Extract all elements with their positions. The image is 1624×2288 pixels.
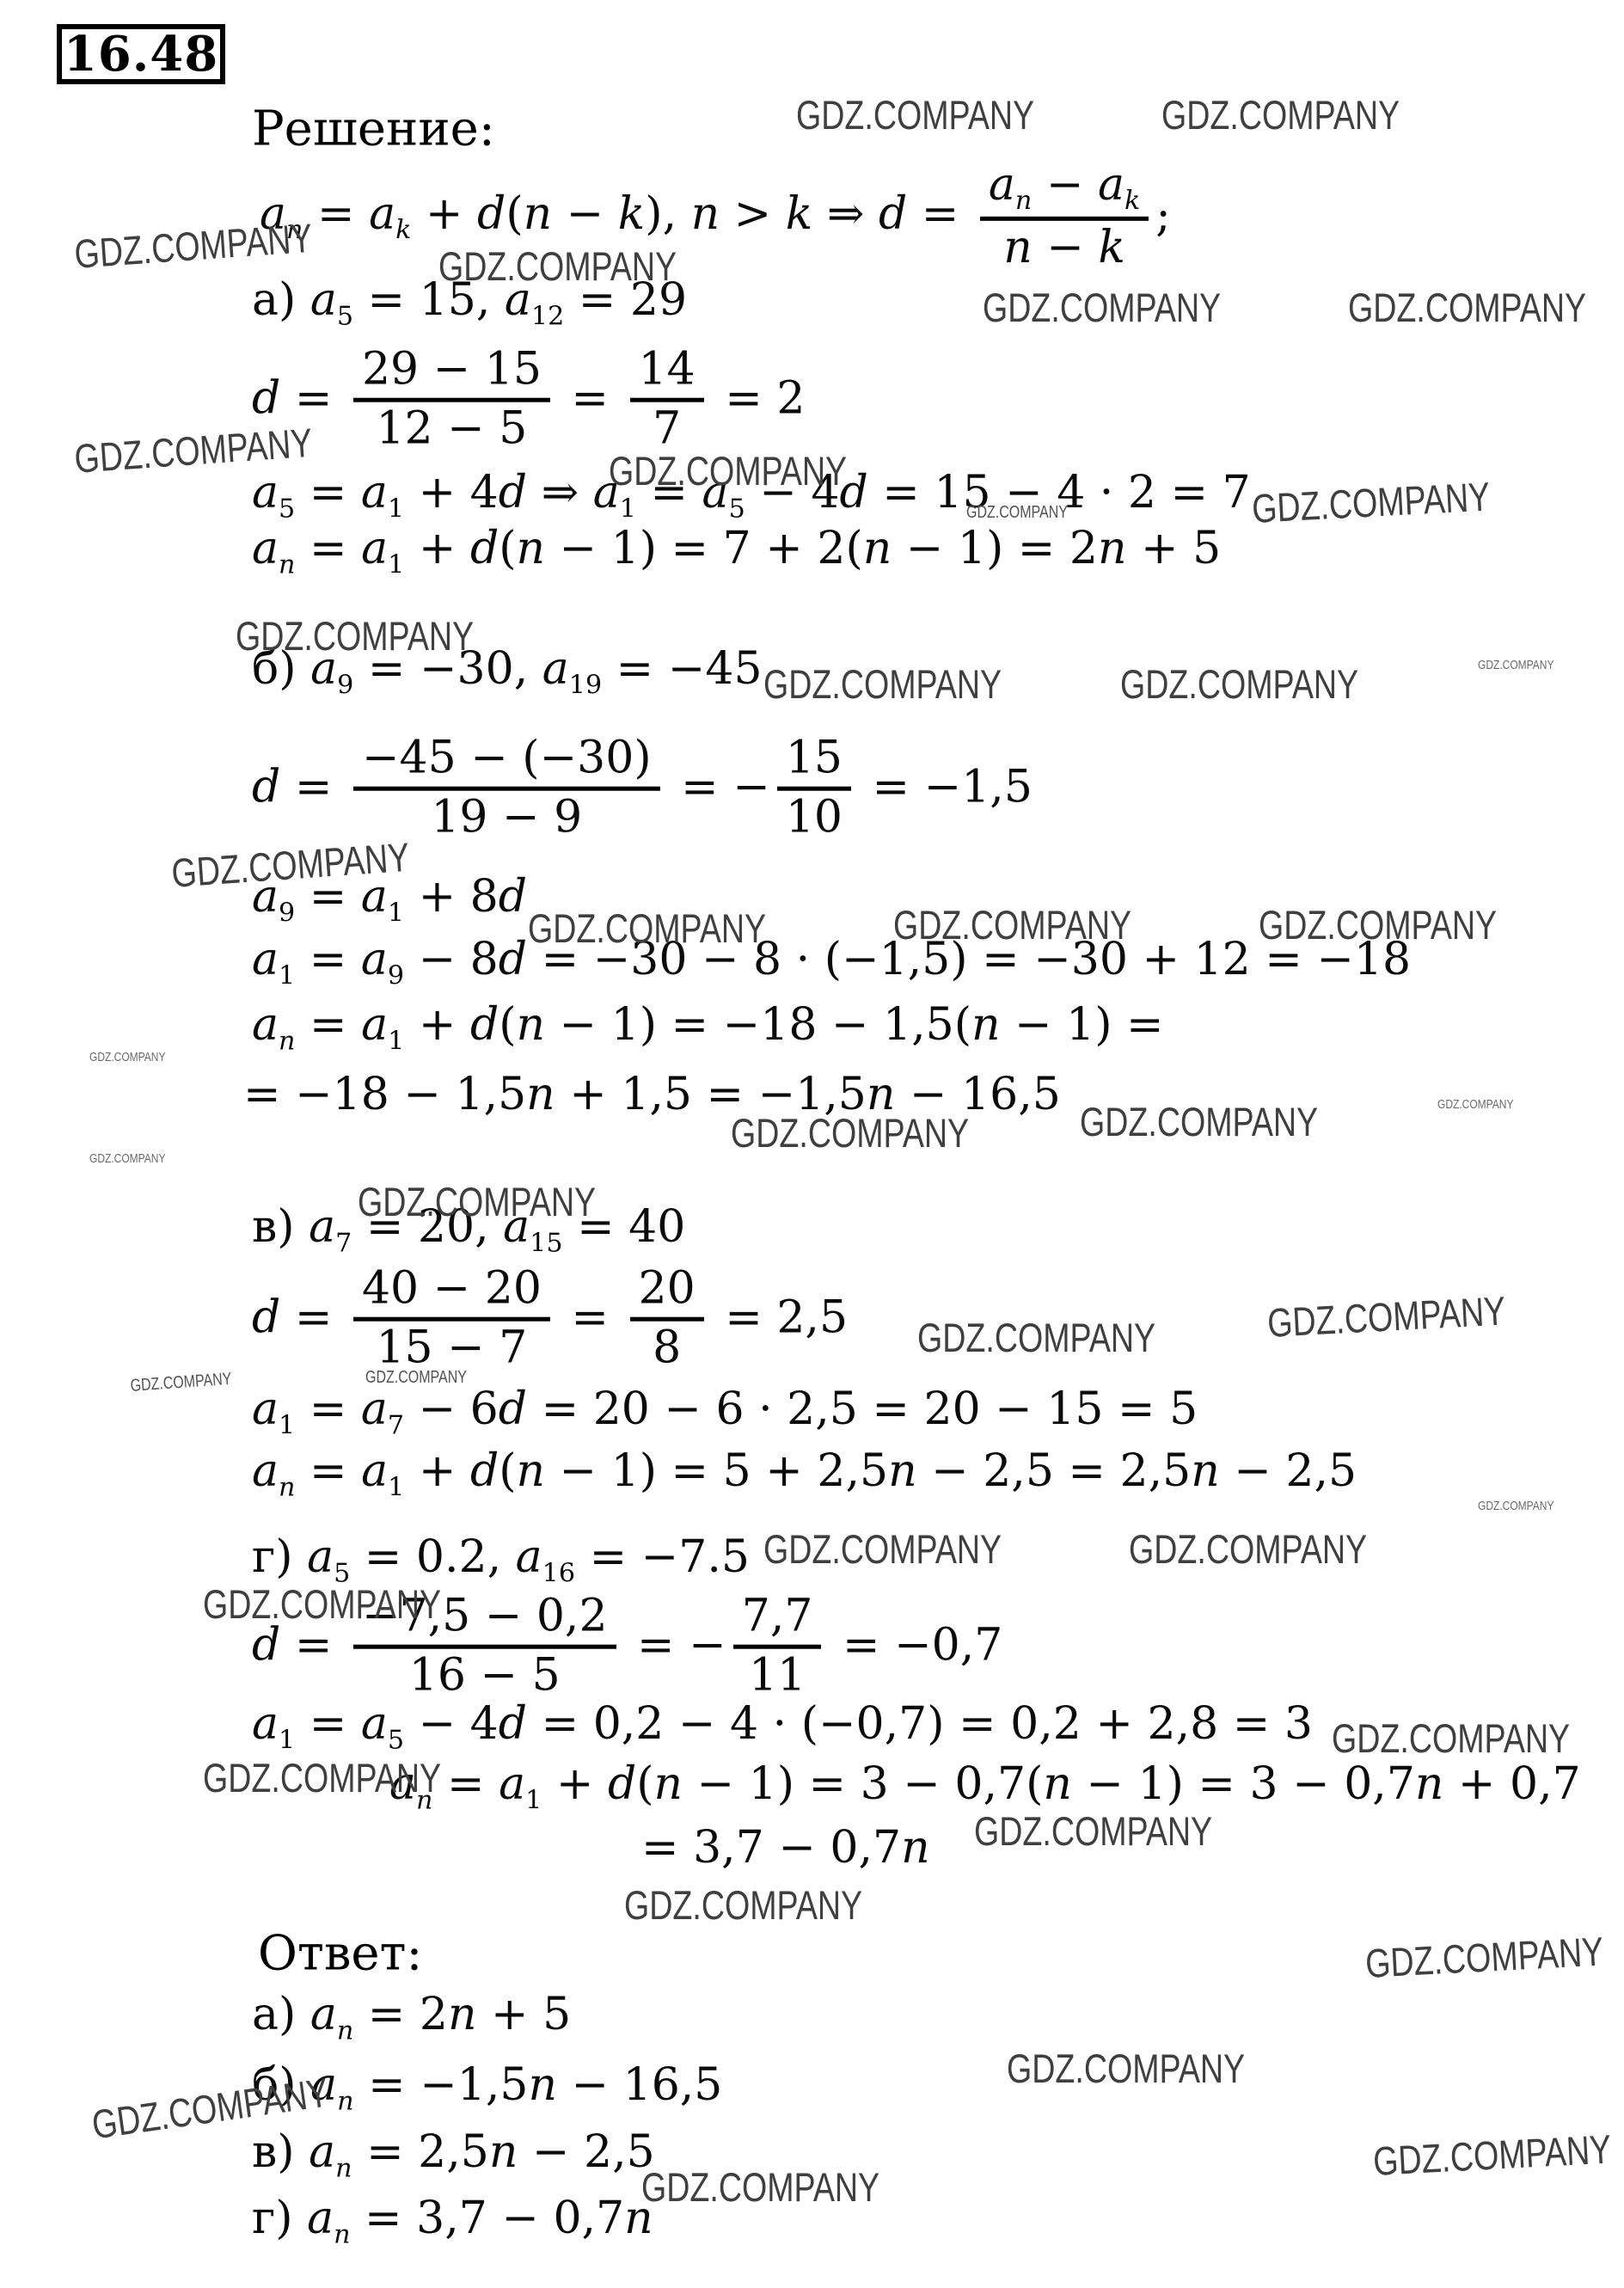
fraction: −45 − (−30)19 − 9 xyxy=(353,733,660,844)
watermark: GDZ.COMPANY xyxy=(796,95,1034,135)
watermark: GDZ.COMPANY xyxy=(203,1584,441,1624)
math-text: а) an = 2n + 5 xyxy=(252,1990,571,2045)
watermark: GDZ.COMPANY xyxy=(641,2167,879,2207)
math-text: = − xyxy=(667,763,770,814)
watermark: GDZ.COMPANY xyxy=(438,246,677,286)
watermark: GDZ.COMPANY xyxy=(1372,2128,1612,2181)
fraction: 208 xyxy=(630,1264,704,1375)
formula-general: an = ak + d(n − k), n > k ⇒ d = an − akn… xyxy=(260,160,1171,273)
case-a-d: d = 29 − 1512 − 5 = 147 = 2 xyxy=(252,345,805,456)
watermark: GDZ.COMPANY xyxy=(89,1051,165,1064)
watermark: GDZ.COMPANY xyxy=(1332,1718,1570,1758)
math-text: an = a1 + d(n − 1) = 5 + 2,5n − 2,5 = 2,… xyxy=(252,1446,1357,1501)
fraction: 7,711 xyxy=(733,1592,822,1702)
math-text: d = xyxy=(252,1293,346,1345)
fraction-numerator: −45 − (−30) xyxy=(353,733,660,791)
math-text: = −0,7 xyxy=(828,1621,1002,1672)
math-text: an = a1 + d(n − 1) = −18 − 1,5(n − 1) = xyxy=(252,1000,1164,1055)
watermark: GDZ.COMPANY xyxy=(731,1113,969,1153)
math-text: = 2,5 xyxy=(711,1293,848,1345)
watermark: GDZ.COMPANY xyxy=(1437,1098,1513,1111)
watermark: GDZ.COMPANY xyxy=(203,1757,441,1798)
watermark: GDZ.COMPANY xyxy=(1348,287,1586,328)
fraction-numerator: 14 xyxy=(630,345,704,402)
watermark: GDZ.COMPANY xyxy=(1161,95,1400,135)
case-b-d: d = −45 − (−30)19 − 9 = −1510 = −1,5 xyxy=(252,733,1033,844)
math-text: d = xyxy=(252,374,346,426)
watermark: GDZ.COMPANY xyxy=(1120,664,1358,704)
watermark: GDZ.COMPANY xyxy=(1251,475,1491,528)
fraction-denominator: 10 xyxy=(777,791,851,844)
math-text: г) an = 3,7 − 0,7n xyxy=(252,2193,653,2248)
fraction-denominator: 15 − 7 xyxy=(367,1322,536,1375)
fraction: an − akn − k xyxy=(980,160,1149,273)
case-b-a1: a1 = a9 − 8d = −30 − 8 · (−1,5) = −30 + … xyxy=(252,935,1411,990)
math-text: = xyxy=(557,1293,623,1345)
math-text: d = xyxy=(252,1621,346,1672)
watermark: GDZ.COMPANY xyxy=(966,504,1068,521)
case-g-given: г) a5 = 0.2, a16 = −7.5 xyxy=(252,1532,750,1587)
case-a-an: an = a1 + d(n − 1) = 7 + 2(n − 1) = 2n +… xyxy=(252,524,1221,579)
watermark: GDZ.COMPANY xyxy=(624,1885,862,1925)
watermark: GDZ.COMPANY xyxy=(358,1181,596,1222)
watermark: GDZ.COMPANY xyxy=(917,1317,1155,1358)
fraction-numerator: 20 xyxy=(630,1264,704,1322)
watermark: GDZ.COMPANY xyxy=(763,1529,1002,1569)
watermark: GDZ.COMPANY xyxy=(974,1811,1212,1851)
math-text: = 3,7 − 0,7n xyxy=(641,1823,930,1874)
math-text: = −1,5 xyxy=(858,763,1033,814)
math-text: ; xyxy=(1155,191,1171,242)
math-text: an = a1 + d(n − 1) = 7 + 2(n − 1) = 2n +… xyxy=(252,524,1221,579)
watermark: GDZ.COMPANY xyxy=(528,908,766,948)
math-text: в) an = 2,5n − 2,5 xyxy=(252,2127,655,2182)
fraction-numerator: 40 − 20 xyxy=(353,1264,550,1322)
math-text: г) a5 = 0.2, a16 = −7.5 xyxy=(252,1532,750,1587)
solution-heading: Решение: xyxy=(252,101,495,157)
answer-a: а) an = 2n + 5 xyxy=(252,1990,571,2045)
watermark: GDZ.COMPANY xyxy=(89,1152,165,1165)
math-text: an = ak + d(n − k), n > k ⇒ d = xyxy=(260,189,973,244)
watermark: GDZ.COMPANY xyxy=(236,616,474,656)
fraction-denominator: 8 xyxy=(644,1322,689,1375)
fraction-denominator: 11 xyxy=(740,1649,814,1702)
math-text: d = xyxy=(252,763,346,814)
case-g-a1: a1 = a5 − 4d = 0,2 − 4 · (−0,7) = 0,2 + … xyxy=(252,1699,1313,1754)
watermark: GDZ.COMPANY xyxy=(1007,2048,1245,2089)
answer-v: в) an = 2,5n − 2,5 xyxy=(252,2127,655,2182)
watermark: GDZ.COMPANY xyxy=(983,287,1221,328)
watermark: GDZ.COMPANY xyxy=(1129,1529,1367,1569)
watermark: GDZ.COMPANY xyxy=(1259,905,1497,945)
math-text: a1 = a7 − 6d = 20 − 6 · 2,5 = 20 − 15 = … xyxy=(252,1384,1198,1439)
fraction-numerator: an − ak xyxy=(980,160,1149,221)
watermark: GDZ.COMPANY xyxy=(365,1369,467,1386)
fraction: 1510 xyxy=(777,733,851,844)
watermark: GDZ.COMPANY xyxy=(1266,1290,1506,1342)
fraction-denominator: 12 − 5 xyxy=(367,402,536,456)
watermark: GDZ.COMPANY xyxy=(893,905,1131,945)
watermark: GDZ.COMPANY xyxy=(1478,659,1554,672)
watermark: GDZ.COMPANY xyxy=(1364,1930,1604,1983)
fraction: 147 xyxy=(630,345,704,456)
problem-number-box: 16.48 xyxy=(57,24,225,84)
fraction: 29 − 1512 − 5 xyxy=(353,345,550,456)
case-b-an1: an = a1 + d(n − 1) = −18 − 1,5(n − 1) = xyxy=(252,1000,1164,1055)
watermark: GDZ.COMPANY xyxy=(130,1371,232,1395)
answer-heading: Ответ: xyxy=(258,1926,422,1982)
watermark: GDZ.COMPANY xyxy=(609,451,847,491)
solution-page: 16.48 Решение: Ответ: an = ak + d(n − k)… xyxy=(0,0,1624,2288)
fraction-denominator: 16 − 5 xyxy=(401,1649,569,1702)
case-g-an2: = 3,7 − 0,7n xyxy=(641,1823,930,1874)
math-text: a1 = a5 − 4d = 0,2 − 4 · (−0,7) = 0,2 + … xyxy=(252,1699,1313,1754)
fraction-numerator: 7,7 xyxy=(733,1592,822,1649)
case-g-an1: an = a1 + d(n − 1) = 3 − 0,7(n − 1) = 3 … xyxy=(389,1759,1581,1814)
watermark: GDZ.COMPANY xyxy=(763,664,1002,704)
fraction-numerator: 29 − 15 xyxy=(353,345,550,402)
problem-number: 16.48 xyxy=(64,26,218,83)
fraction-numerator: 15 xyxy=(777,733,851,791)
answer-g: г) an = 3,7 − 0,7n xyxy=(252,2193,653,2248)
math-text: = 2 xyxy=(711,374,806,426)
math-text: = xyxy=(557,374,623,426)
math-text: an = a1 + d(n − 1) = 3 − 0,7(n − 1) = 3 … xyxy=(389,1759,1581,1814)
fraction-denominator: n − k xyxy=(995,220,1134,273)
fraction-denominator: 19 − 9 xyxy=(422,791,591,844)
case-v-a1: a1 = a7 − 6d = 20 − 6 · 2,5 = 20 − 15 = … xyxy=(252,1384,1198,1439)
case-v-an: an = a1 + d(n − 1) = 5 + 2,5n − 2,5 = 2,… xyxy=(252,1446,1357,1501)
watermark: GDZ.COMPANY xyxy=(1080,1101,1318,1142)
math-text: a1 = a9 − 8d = −30 − 8 · (−1,5) = −30 + … xyxy=(252,935,1411,990)
watermark: GDZ.COMPANY xyxy=(1478,1500,1554,1512)
fraction: 40 − 2015 − 7 xyxy=(353,1264,550,1375)
math-text: = − xyxy=(623,1621,726,1672)
case-v-d: d = 40 − 2015 − 7 = 208 = 2,5 xyxy=(252,1264,848,1375)
